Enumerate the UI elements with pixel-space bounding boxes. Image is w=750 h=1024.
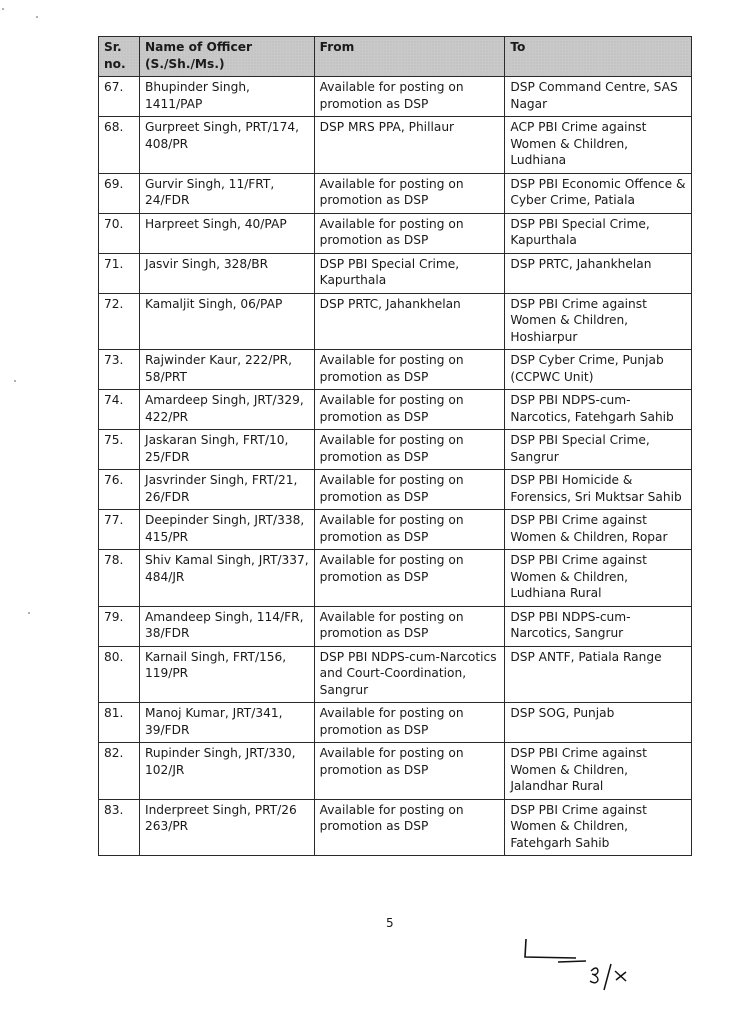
cell-from: Available for posting on promotion as DS… xyxy=(314,430,505,470)
cell-to: DSP Command Centre, SAS Nagar xyxy=(505,77,692,117)
cell-from: Available for posting on promotion as DS… xyxy=(314,213,505,253)
cell-from: Available for posting on promotion as DS… xyxy=(314,550,505,607)
table-row: 75.Jaskaran Singh, FRT/10, 25/FDRAvailab… xyxy=(99,430,692,470)
page-number: 5 xyxy=(386,916,394,930)
cell-from: Available for posting on promotion as DS… xyxy=(314,510,505,550)
cell-officer-name: Jaskaran Singh, FRT/10, 25/FDR xyxy=(139,430,314,470)
cell-officer-name: Manoj Kumar, JRT/341, 39/FDR xyxy=(139,703,314,743)
cell-sr-no: 74. xyxy=(99,390,140,430)
cell-sr-no: 82. xyxy=(99,743,140,800)
table-row: 74.Amardeep Singh, JRT/329, 422/PRAvaila… xyxy=(99,390,692,430)
table-body: 67.Bhupinder Singh, 1411/PAPAvailable fo… xyxy=(99,77,692,856)
cell-officer-name: Karnail Singh, FRT/156, 119/PR xyxy=(139,646,314,703)
cell-to: DSP PBI Special Crime, Sangrur xyxy=(505,430,692,470)
cell-from: DSP MRS PPA, Phillaur xyxy=(314,117,505,174)
cell-sr-no: 76. xyxy=(99,470,140,510)
cell-officer-name: Deepinder Singh, JRT/338, 415/PR xyxy=(139,510,314,550)
table-row: 71.Jasvir Singh, 328/BRDSP PBI Special C… xyxy=(99,253,692,293)
scan-speck xyxy=(36,16,38,18)
cell-from: Available for posting on promotion as DS… xyxy=(314,606,505,646)
header-to: To xyxy=(505,37,692,77)
cell-sr-no: 72. xyxy=(99,293,140,350)
cell-officer-name: Shiv Kamal Singh, JRT/337, 484/JR xyxy=(139,550,314,607)
header-name-of-officer: Name of Officer (S./Sh./Ms.) xyxy=(139,37,314,77)
cell-from: Available for posting on promotion as DS… xyxy=(314,390,505,430)
table-row: 67.Bhupinder Singh, 1411/PAPAvailable fo… xyxy=(99,77,692,117)
cell-from: DSP PBI Special Crime, Kapurthala xyxy=(314,253,505,293)
cell-from: DSP PRTC, Jahankhelan xyxy=(314,293,505,350)
table-row: 72.Kamaljit Singh, 06/PAPDSP PRTC, Jahan… xyxy=(99,293,692,350)
cell-sr-no: 70. xyxy=(99,213,140,253)
cell-officer-name: Kamaljit Singh, 06/PAP xyxy=(139,293,314,350)
cell-to: DSP PBI NDPS-cum-Narcotics, Fatehgarh Sa… xyxy=(505,390,692,430)
cell-from: Available for posting on promotion as DS… xyxy=(314,799,505,856)
cell-to: DSP PBI Special Crime, Kapurthala xyxy=(505,213,692,253)
table-row: 68.Gurpreet Singh, PRT/174, 408/PRDSP MR… xyxy=(99,117,692,174)
table-row: 77.Deepinder Singh, JRT/338, 415/PRAvail… xyxy=(99,510,692,550)
cell-officer-name: Gurvir Singh, 11/FRT, 24/FDR xyxy=(139,173,314,213)
cell-from: Available for posting on promotion as DS… xyxy=(314,743,505,800)
cell-from: Available for posting on promotion as DS… xyxy=(314,77,505,117)
cell-sr-no: 80. xyxy=(99,646,140,703)
document-page: Sr. no. Name of Officer (S./Sh./Ms.) Fro… xyxy=(0,0,750,1024)
cell-officer-name: Gurpreet Singh, PRT/174, 408/PR xyxy=(139,117,314,174)
cell-sr-no: 77. xyxy=(99,510,140,550)
handwritten-signature xyxy=(518,934,638,994)
cell-officer-name: Bhupinder Singh, 1411/PAP xyxy=(139,77,314,117)
cell-to: ACP PBI Crime against Women & Children, … xyxy=(505,117,692,174)
table-row: 78.Shiv Kamal Singh, JRT/337, 484/JRAvai… xyxy=(99,550,692,607)
cell-officer-name: Amardeep Singh, JRT/329, 422/PR xyxy=(139,390,314,430)
header-from: From xyxy=(314,37,505,77)
cell-to: DSP PRTC, Jahankhelan xyxy=(505,253,692,293)
scan-speck xyxy=(28,612,30,614)
cell-sr-no: 79. xyxy=(99,606,140,646)
cell-to: DSP PBI Homicide & Forensics, Sri Muktsa… xyxy=(505,470,692,510)
cell-to: DSP PBI Crime against Women & Children, … xyxy=(505,510,692,550)
cell-officer-name: Rajwinder Kaur, 222/PR, 58/PRT xyxy=(139,350,314,390)
table-row: 76.Jasvrinder Singh, FRT/21, 26/FDRAvail… xyxy=(99,470,692,510)
cell-to: DSP ANTF, Patiala Range xyxy=(505,646,692,703)
table-header-row: Sr. no. Name of Officer (S./Sh./Ms.) Fro… xyxy=(99,37,692,77)
cell-sr-no: 83. xyxy=(99,799,140,856)
cell-sr-no: 71. xyxy=(99,253,140,293)
table-row: 82.Rupinder Singh, JRT/330, 102/JRAvaila… xyxy=(99,743,692,800)
cell-officer-name: Amandeep Singh, 114/FR, 38/FDR xyxy=(139,606,314,646)
cell-to: DSP PBI Crime against Women & Children, … xyxy=(505,293,692,350)
cell-to: DSP PBI Crime against Women & Children, … xyxy=(505,550,692,607)
table-row: 79.Amandeep Singh, 114/FR, 38/FDRAvailab… xyxy=(99,606,692,646)
table-row: 81.Manoj Kumar, JRT/341, 39/FDRAvailable… xyxy=(99,703,692,743)
postings-table: Sr. no. Name of Officer (S./Sh./Ms.) Fro… xyxy=(98,36,692,856)
cell-sr-no: 75. xyxy=(99,430,140,470)
cell-from: Available for posting on promotion as DS… xyxy=(314,470,505,510)
cell-from: DSP PBI NDPS-cum-Narcotics and Court-Coo… xyxy=(314,646,505,703)
cell-officer-name: Jasvrinder Singh, FRT/21, 26/FDR xyxy=(139,470,314,510)
scan-speck xyxy=(2,8,4,10)
cell-from: Available for posting on promotion as DS… xyxy=(314,350,505,390)
table-row: 83.Inderpreet Singh, PRT/26 263/PRAvaila… xyxy=(99,799,692,856)
table-row: 73.Rajwinder Kaur, 222/PR, 58/PRTAvailab… xyxy=(99,350,692,390)
cell-officer-name: Harpreet Singh, 40/PAP xyxy=(139,213,314,253)
scan-speck xyxy=(14,380,16,382)
cell-to: DSP Cyber Crime, Punjab (CCPWC Unit) xyxy=(505,350,692,390)
cell-officer-name: Rupinder Singh, JRT/330, 102/JR xyxy=(139,743,314,800)
cell-sr-no: 73. xyxy=(99,350,140,390)
header-sr-no: Sr. no. xyxy=(99,37,140,77)
table-row: 80.Karnail Singh, FRT/156, 119/PRDSP PBI… xyxy=(99,646,692,703)
cell-sr-no: 67. xyxy=(99,77,140,117)
cell-to: DSP PBI Crime against Women & Children, … xyxy=(505,743,692,800)
cell-officer-name: Inderpreet Singh, PRT/26 263/PR xyxy=(139,799,314,856)
cell-to: DSP PBI NDPS-cum-Narcotics, Sangrur xyxy=(505,606,692,646)
table-row: 69.Gurvir Singh, 11/FRT, 24/FDRAvailable… xyxy=(99,173,692,213)
cell-to: DSP PBI Crime against Women & Children, … xyxy=(505,799,692,856)
cell-from: Available for posting on promotion as DS… xyxy=(314,173,505,213)
table-row: 70.Harpreet Singh, 40/PAPAvailable for p… xyxy=(99,213,692,253)
cell-sr-no: 68. xyxy=(99,117,140,174)
cell-sr-no: 69. xyxy=(99,173,140,213)
cell-to: DSP SOG, Punjab xyxy=(505,703,692,743)
cell-from: Available for posting on promotion as DS… xyxy=(314,703,505,743)
cell-to: DSP PBI Economic Offence & Cyber Crime, … xyxy=(505,173,692,213)
cell-officer-name: Jasvir Singh, 328/BR xyxy=(139,253,314,293)
cell-sr-no: 78. xyxy=(99,550,140,607)
cell-sr-no: 81. xyxy=(99,703,140,743)
